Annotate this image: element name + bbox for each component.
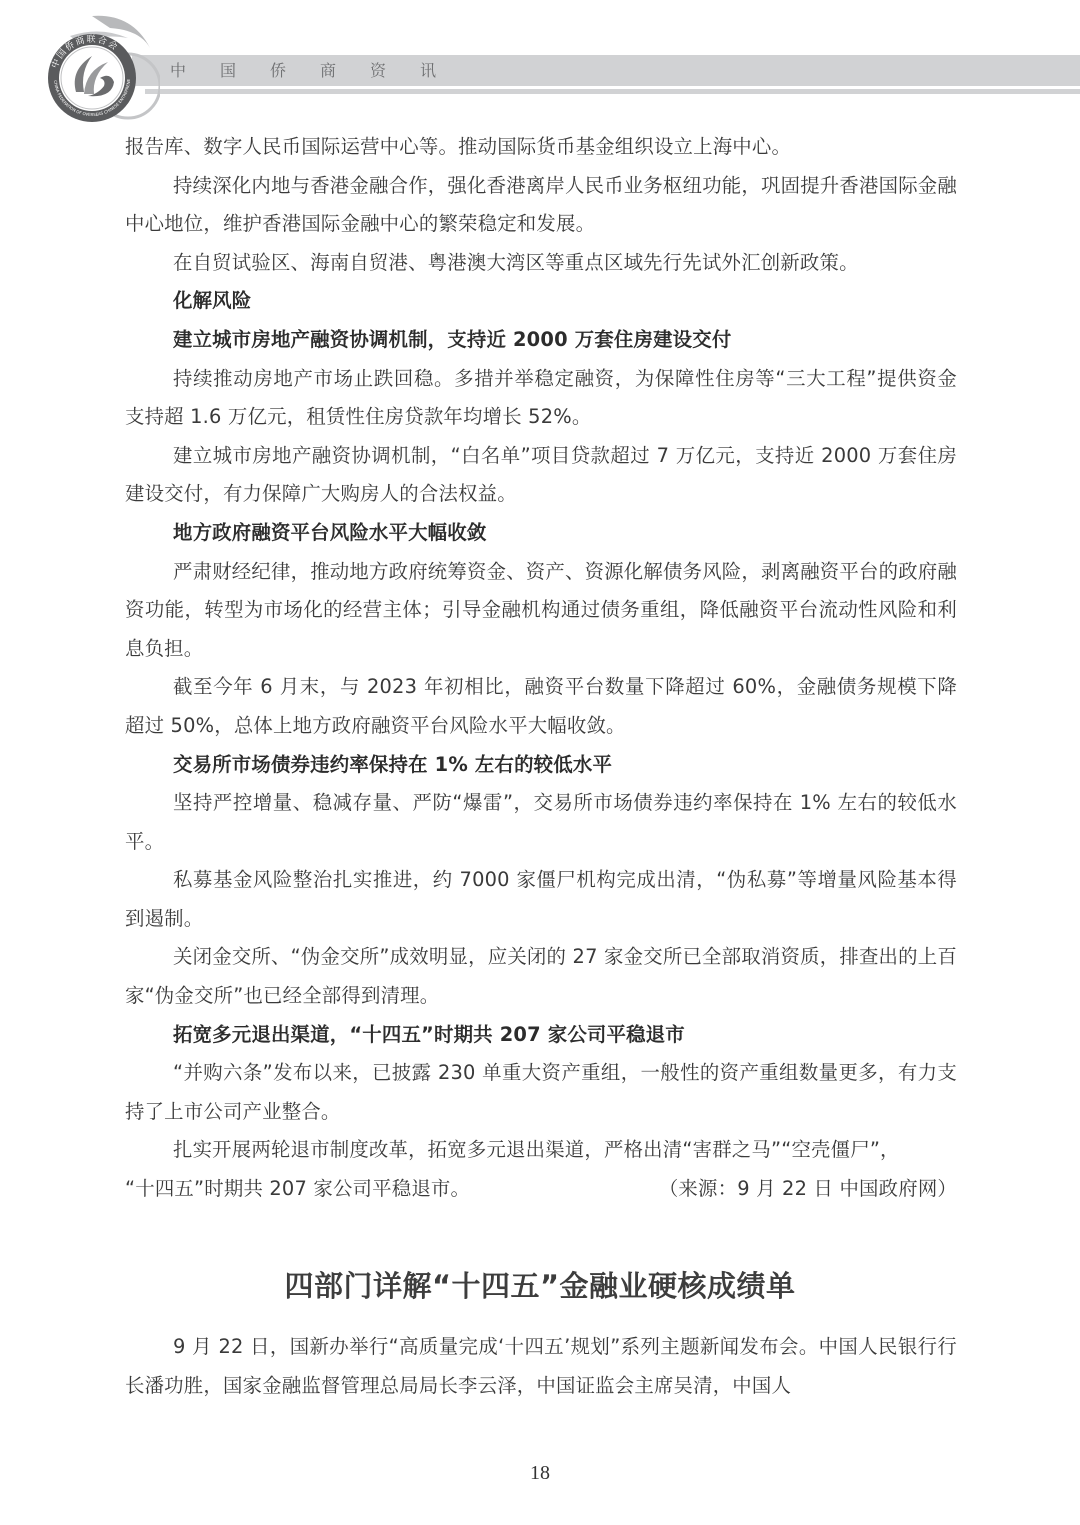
title-char: 资: [370, 58, 420, 84]
paragraph: “并购六条”发布以来，已披露 230 单重大资产重组，一般性的资产重组数量更多，…: [125, 1054, 957, 1131]
subsection-heading: 拓宽多元退出渠道，“十四五”时期共 207 家公司平稳退市: [125, 1016, 957, 1055]
title-char: 侨: [270, 58, 320, 84]
paragraph: 9 月 22 日，国新办举行“高质量完成‘十四五’规划”系列主题新闻发布会。中国…: [125, 1328, 957, 1405]
section-heading: 化解风险: [125, 282, 957, 321]
paragraph: 私募基金风险整治扎实推进，约 7000 家僵尸机构完成出清，“伪私募”等增量风险…: [125, 861, 957, 938]
title-char: 讯: [420, 58, 470, 84]
header-stripe: [145, 89, 1080, 94]
paragraph: 持续推动房地产市场止跌回稳。多措并举稳定融资，为保障性住房等“三大工程”提供资金…: [125, 360, 957, 437]
article-title: 四部门详解“十四五”金融业硬核成绩单: [0, 1264, 1080, 1305]
paragraph-continuation: 报告库、数字人民币国际运营中心等。推动国际货币基金组织设立上海中心。: [125, 128, 957, 167]
paragraph: 关闭金交所、“伪金交所”成效明显，应关闭的 27 家金交所已全部取消资质，排查出…: [125, 938, 957, 1015]
subsection-heading: 建立城市房地产融资协调机制，支持近 2000 万套住房建设交付: [125, 321, 957, 360]
final-line-text: “十四五”时期共 207 家公司平稳退市。: [125, 1170, 470, 1209]
subsection-heading: 交易所市场债券违约率保持在 1% 左右的较低水平: [125, 746, 957, 785]
paragraph: 截至今年 6 月末，与 2023 年初相比，融资平台数量下降超过 60%，金融债…: [125, 668, 957, 745]
paragraph-final-line: “十四五”时期共 207 家公司平稳退市。 （来源：9 月 22 日 中国政府网…: [125, 1170, 957, 1209]
paragraph: 坚持严控增量、稳减存量、严防“爆雷”，交易所市场债券违约率保持在 1% 左右的较…: [125, 784, 957, 861]
publication-title: 中 国 侨 商 资 讯: [170, 58, 470, 84]
subsection-heading: 地方政府融资平台风险水平大幅收敛: [125, 514, 957, 553]
paragraph: 扎实开展两轮退市制度改革，拓宽多元退出渠道，严格出清“害群之马”“空壳僵尸”，: [125, 1131, 957, 1170]
paragraph: 在自贸试验区、海南自贸港、粤港澳大湾区等重点区域先行先试外汇创新政策。: [125, 244, 957, 283]
source-attribution: （来源：9 月 22 日 中国政府网）: [659, 1170, 957, 1209]
title-char: 中: [170, 58, 220, 84]
paragraph: 持续深化内地与香港金融合作，强化香港离岸人民币业务枢纽功能，巩固提升香港国际金融…: [125, 167, 957, 244]
title-char: 国: [220, 58, 270, 84]
paragraph: 建立城市房地产融资协调机制，“白名单”项目贷款超过 7 万亿元，支持近 2000…: [125, 437, 957, 514]
paragraph: 严肃财经纪律，推动地方政府统筹资金、资产、资源化解债务风险，剥离融资平台的政府融…: [125, 553, 957, 669]
page-number: 18: [0, 1462, 1080, 1485]
article-body-2: 9 月 22 日，国新办举行“高质量完成‘十四五’规划”系列主题新闻发布会。中国…: [125, 1328, 957, 1405]
organization-logo-icon: 中国侨商联合会 CHINA FEDERATION OF OVERSEAS CHI…: [40, 8, 160, 123]
article-body: 报告库、数字人民币国际运营中心等。推动国际货币基金组织设立上海中心。 持续深化内…: [125, 128, 957, 1209]
title-char: 商: [320, 58, 370, 84]
